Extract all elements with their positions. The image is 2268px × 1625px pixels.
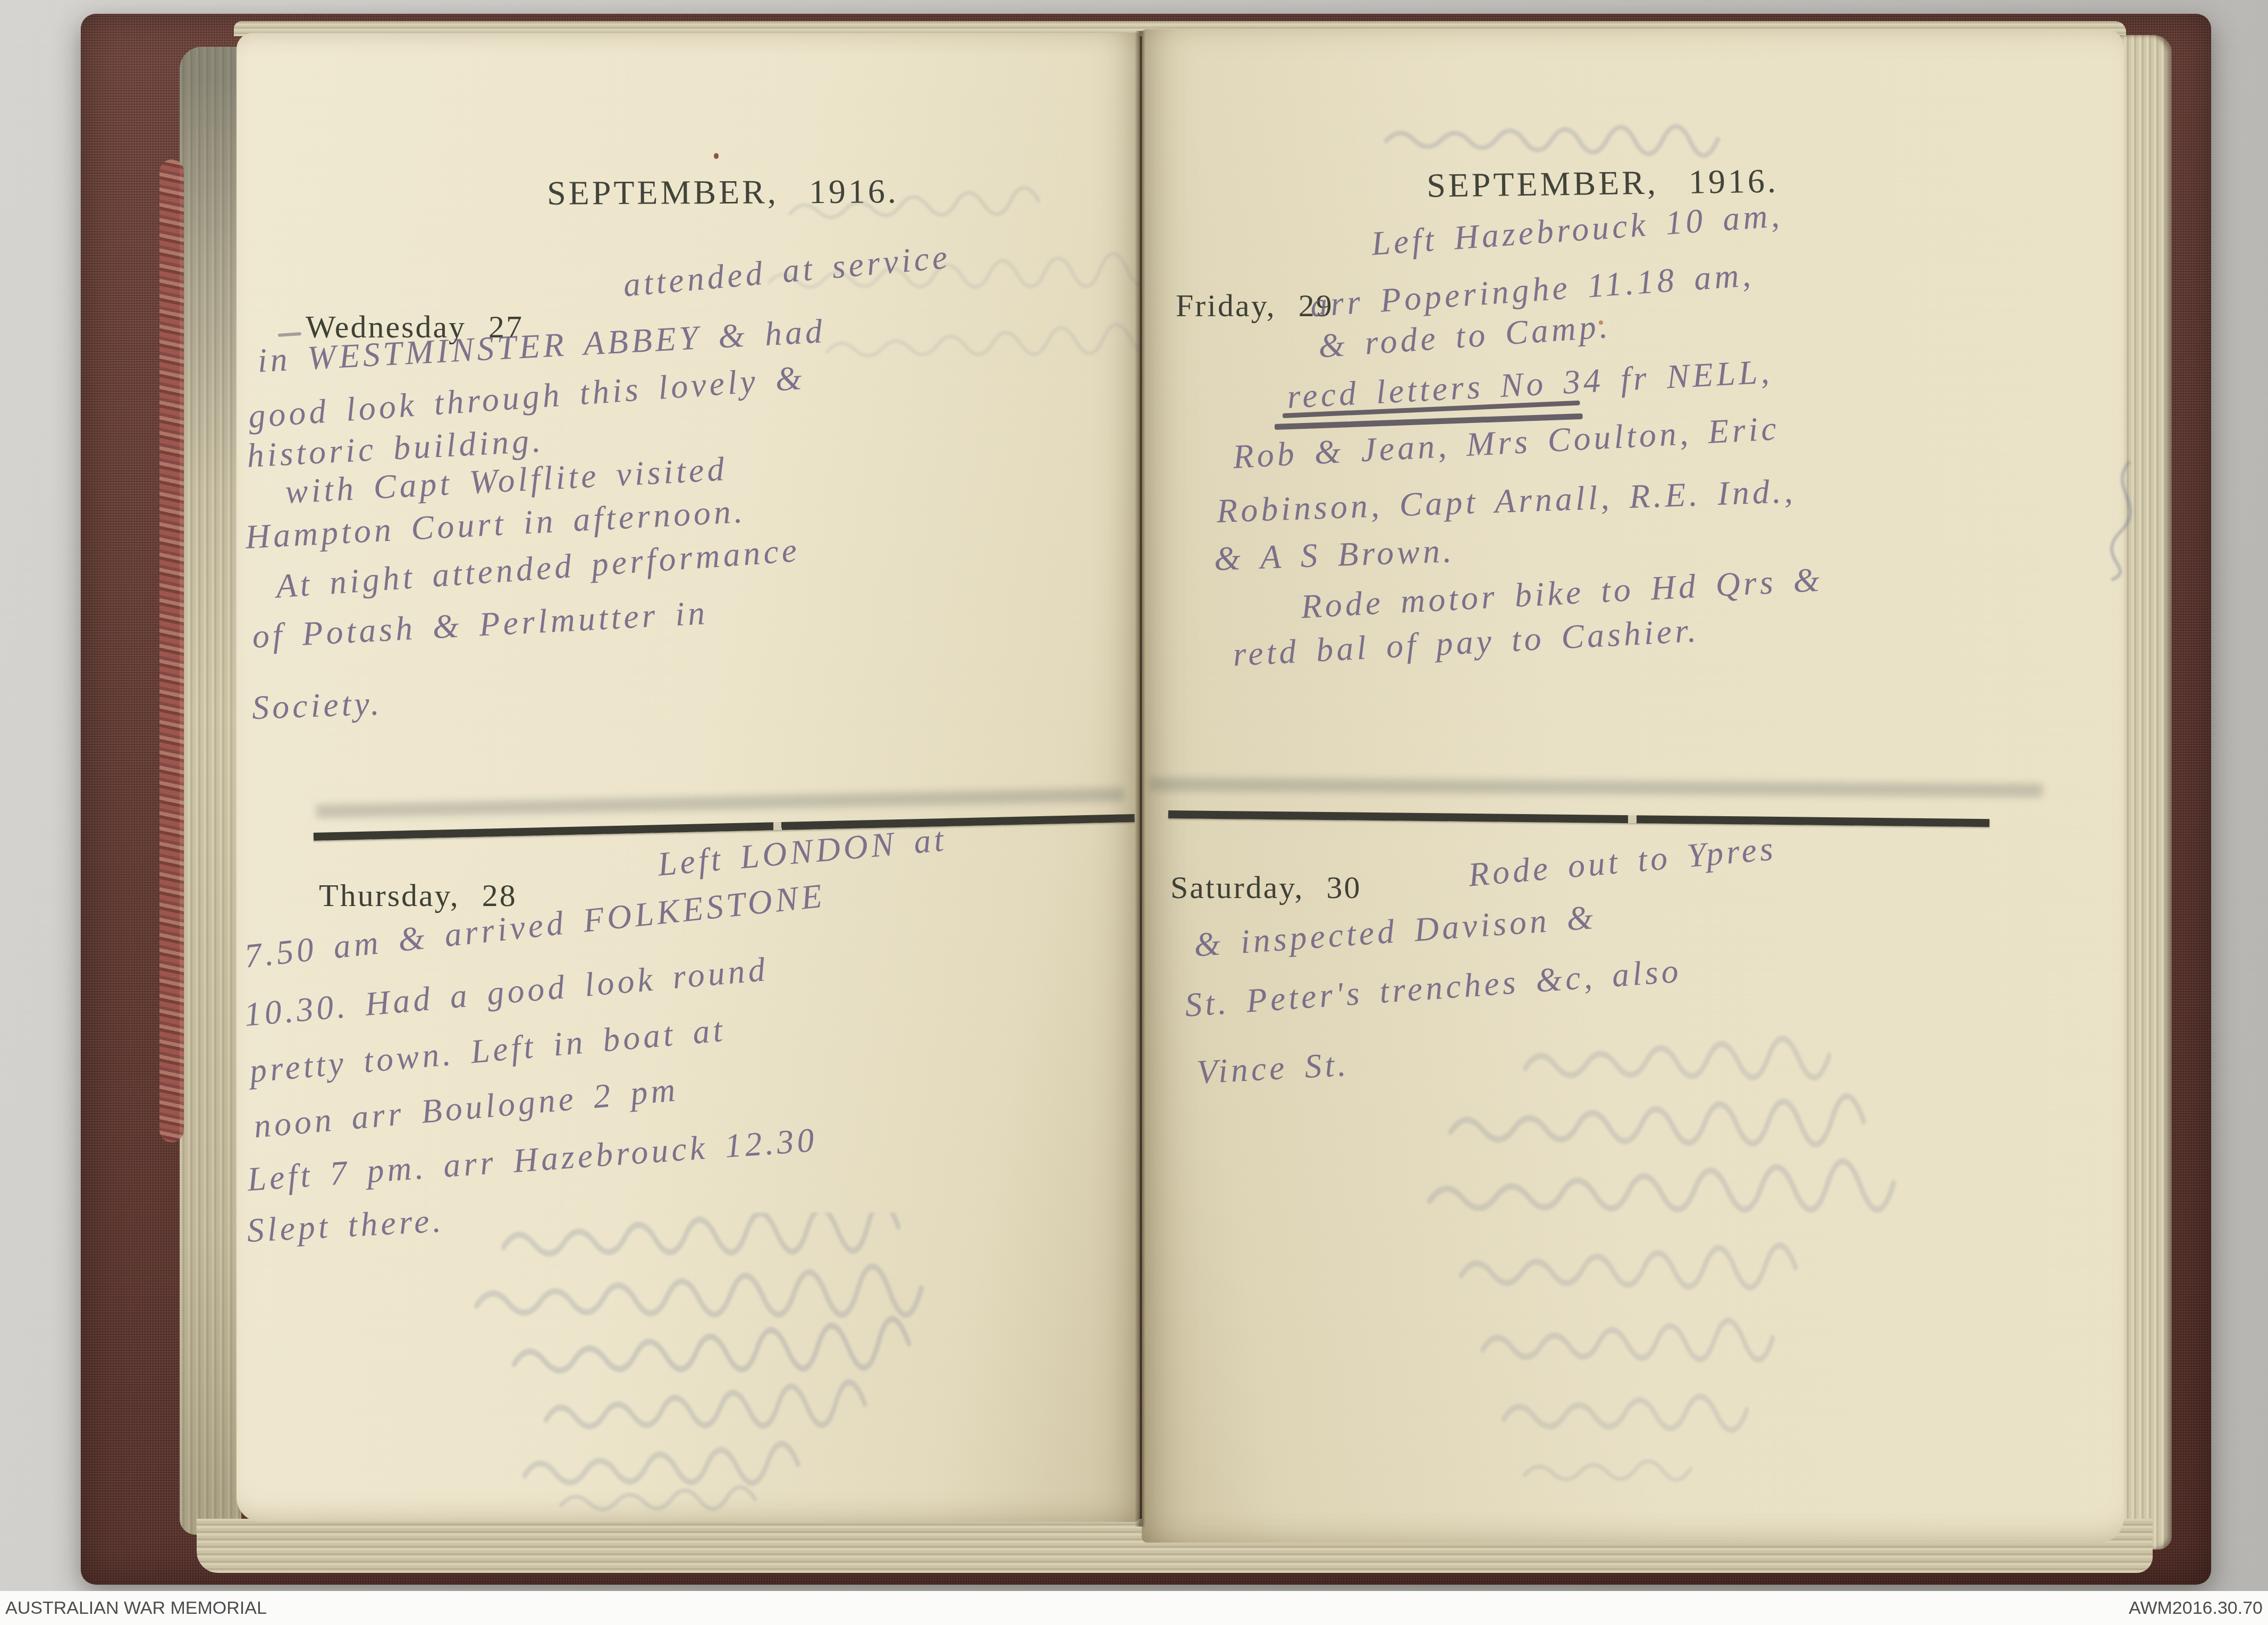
handwriting-line: Society. — [251, 686, 383, 725]
day-name: Thursday, — [319, 878, 460, 913]
handwriting-line: Slept there. — [246, 1204, 445, 1248]
entry-divider — [1168, 810, 1989, 827]
foxing-spot — [1599, 320, 1603, 325]
page-edges-right — [2117, 35, 2172, 1550]
marbled-endpaper-edge — [159, 159, 184, 1142]
foxing-spot — [714, 153, 719, 159]
left-page: SEPTEMBER, 1916. Wednesday27 attended at… — [237, 33, 1140, 1522]
day-name: Saturday, — [1170, 870, 1304, 905]
day-heading-thursday-28: Thursday,28 — [319, 879, 517, 911]
handwriting-line: attended at service — [622, 240, 952, 302]
day-number: 30 — [1326, 870, 1361, 905]
ink-dash — [278, 332, 301, 337]
handwriting-line: & inspected Davison & — [1193, 900, 1597, 962]
page-gutter — [1135, 31, 1145, 1527]
bleedthrough-ghost-writing — [1227, 1028, 2056, 1517]
entry-divider — [314, 814, 1135, 841]
archive-institution-label: AUSTRALIAN WAR MEMORIAL — [5, 1598, 267, 1619]
handwriting-line: Vince St. — [1196, 1047, 1350, 1089]
entry-divider-bleedthrough — [1150, 777, 2043, 798]
archive-accession-number: AWM2016.30.70 — [2129, 1598, 2263, 1619]
handwriting-line: Left Hazebrouck 10 am, — [1370, 198, 1783, 261]
right-page: SEPTEMBER, 1916. Friday,29 Left Hazebrou… — [1142, 29, 2124, 1543]
handwriting-line: St. Peter's trenches &c, also — [1184, 954, 1682, 1022]
day-heading-saturday-30: Saturday,30 — [1170, 871, 1361, 903]
month-header-left: SEPTEMBER, 1916. — [457, 174, 989, 210]
bleedthrough-ghost-writing — [338, 1213, 1055, 1521]
handwriting-line: & A S Brown. — [1213, 534, 1455, 576]
handwriting-line: of Potash & Perlmutter in — [251, 596, 709, 654]
page-edges-left — [180, 47, 241, 1535]
day-name: Friday, — [1176, 288, 1276, 323]
day-number: 28 — [482, 878, 517, 913]
month-header-right: SEPTEMBER, 1916. — [1337, 163, 1869, 204]
scan-stage: SEPTEMBER, 1916. Wednesday27 attended at… — [0, 0, 2268, 1625]
handwriting-line: Robinson, Capt Arnall, R.E. Ind., — [1216, 474, 1797, 528]
handwriting-line: Rode out to Ypres — [1467, 831, 1777, 892]
archive-bar: AUSTRALIAN WAR MEMORIAL AWM2016.30.70 — [0, 1591, 2268, 1625]
entry-divider-bleedthrough — [316, 788, 1124, 818]
